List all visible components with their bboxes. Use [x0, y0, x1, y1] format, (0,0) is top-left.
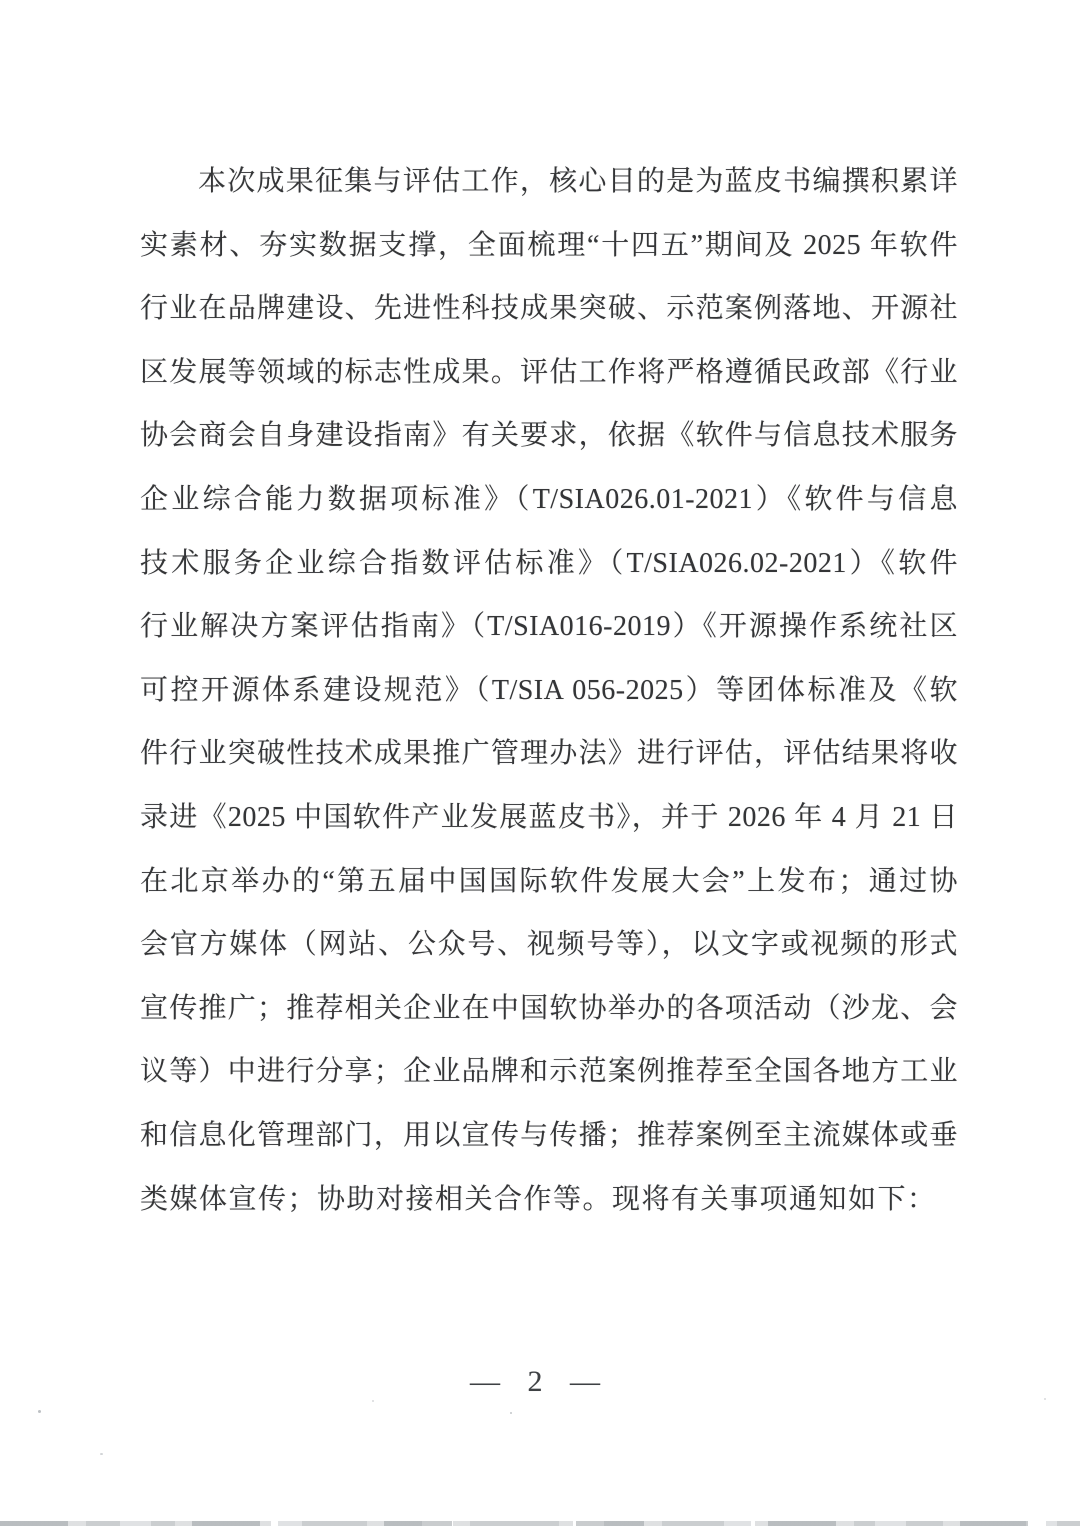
scan-artifact-bottom-edge	[0, 1521, 1080, 1526]
paragraph-line: 录进《2025 中国软件产业发展蓝皮书》，并于 2026 年 4 月 21 日	[140, 786, 958, 850]
paragraph-line: 企业综合能力数据项标准》（T/SIA026.01-2021）《软件与信息	[140, 468, 958, 532]
scan-speck	[38, 1410, 41, 1413]
scanned-document-page: 本次成果征集与评估工作，核心目的是为蓝皮书编撰积累详 实素材、夯实数据支撑，全面…	[0, 0, 1080, 1527]
body-paragraph: 本次成果征集与评估工作，核心目的是为蓝皮书编撰积累详 实素材、夯实数据支撑，全面…	[140, 150, 958, 1231]
paragraph-line: 宣传推广；推荐相关企业在中国软协举办的各项活动（沙龙、会	[140, 977, 958, 1041]
paragraph-line: 类媒体宣传；协助对接相关合作等。现将有关事项通知如下：	[140, 1168, 958, 1232]
paragraph-line: 和信息化管理部门，用以宣传与传播；推荐案例至主流媒体或垂	[140, 1104, 958, 1168]
page-number: — 2 —	[0, 1360, 1080, 1404]
scan-speck	[1044, 1398, 1046, 1400]
paragraph-line: 议等）中进行分享；企业品牌和示范案例推荐至全国各地方工业	[140, 1040, 958, 1104]
scan-speck	[372, 1400, 374, 1402]
scan-speck	[100, 1453, 103, 1455]
paragraph-line: 行业解决方案评估指南》（T/SIA016-2019）《开源操作系统社区	[140, 595, 958, 659]
paragraph-line: 区发展等领域的标志性成果。评估工作将严格遵循民政部《行业	[140, 341, 958, 405]
paragraph-line: 会官方媒体（网站、公众号、视频号等），以文字或视频的形式	[140, 913, 958, 977]
paragraph-line: 在北京举办的“第五届中国国际软件发展大会”上发布；通过协	[140, 850, 958, 914]
paragraph-line: 实素材、夯实数据支撑，全面梳理“十四五”期间及 2025 年软件	[140, 214, 958, 278]
paragraph-line: 行业在品牌建设、先进性科技成果突破、示范案例落地、开源社	[140, 277, 958, 341]
paragraph-line: 技术服务企业综合指数评估标准》（T/SIA026.02-2021）《软件	[140, 532, 958, 596]
scan-speck	[510, 1412, 512, 1414]
paragraph-line: 本次成果征集与评估工作，核心目的是为蓝皮书编撰积累详	[140, 150, 958, 214]
paragraph-line: 件行业突破性技术成果推广管理办法》进行评估，评估结果将收	[140, 722, 958, 786]
paragraph-line: 协会商会自身建设指南》有关要求，依据《软件与信息技术服务	[140, 404, 958, 468]
paragraph-line: 可控开源体系建设规范》（T/SIA 056-2025）等团体标准及《软	[140, 659, 958, 723]
